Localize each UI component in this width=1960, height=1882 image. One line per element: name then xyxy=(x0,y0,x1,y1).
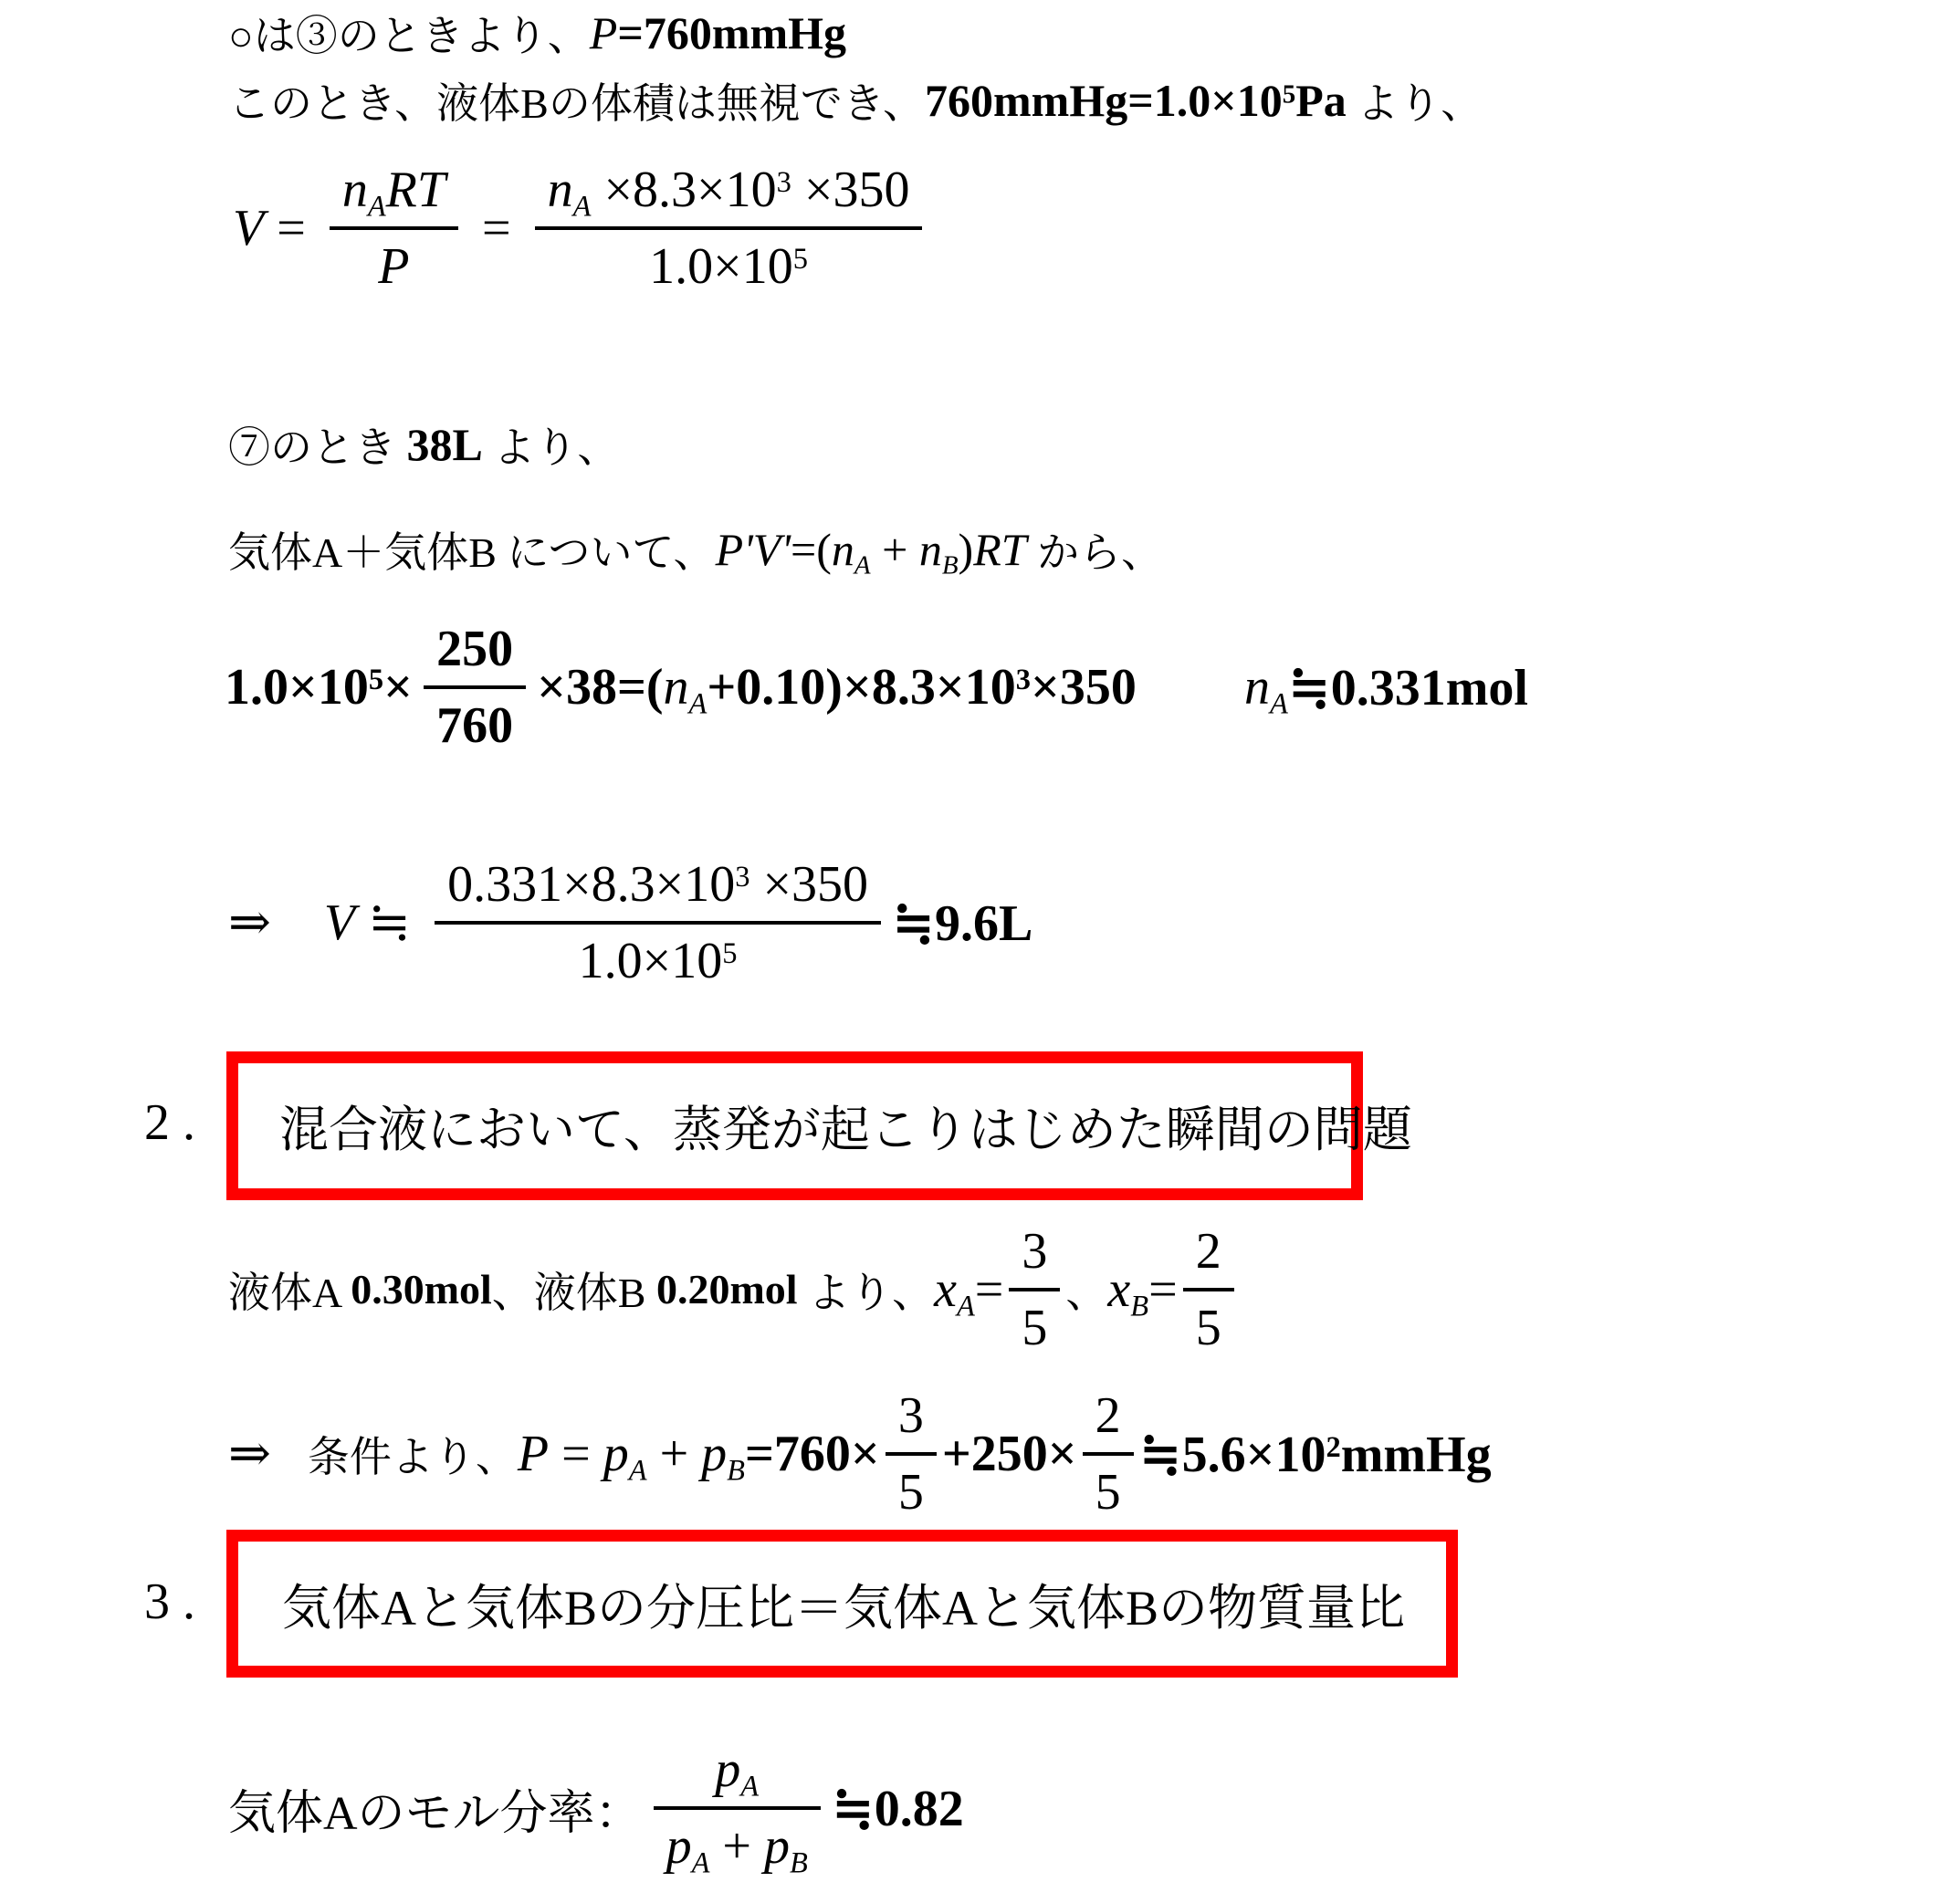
given-pressure-line: ○は③のときより、 P =760mmHg xyxy=(228,4,846,62)
pressure-conversion: 760mmHg=1.0×105Pa xyxy=(925,74,1347,127)
fraction-pa-over-pa-plus-pb: pA pA + pB xyxy=(654,1741,821,1876)
fraction-2-over-5: 2 5 xyxy=(1083,1386,1134,1521)
fraction-3-over-5: 3 5 xyxy=(1009,1222,1060,1357)
liquid-b-moles: 0.20mol xyxy=(656,1265,798,1313)
plus-250: +250× xyxy=(942,1425,1077,1483)
section3-heading-box: 気体Aと気体Bの分圧比＝気体Aと気体Bの物質量比 xyxy=(226,1530,1458,1678)
final-volume-result: ≒9.6L xyxy=(892,893,1032,953)
fraction-numeric-volume: nA ×8.3×103 ×350 1.0×105 xyxy=(535,161,923,296)
fraction-3-over-5: 3 5 xyxy=(886,1386,937,1521)
pressure-sum-expression: P = pA + pB xyxy=(518,1425,745,1483)
equals-sign: = xyxy=(469,199,524,257)
mole-fraction-result: ≒0.82 xyxy=(832,1778,964,1838)
equals-sign: = xyxy=(264,199,319,257)
equation-middle-2: +0.10)×8.3×103×350 xyxy=(707,658,1137,716)
volume-variable: V xyxy=(324,894,355,952)
section3-heading: 気体Aと気体Bの分圧比＝気体Aと気体Bの物質量比 xyxy=(282,1569,1405,1639)
condition-suffix: より、 xyxy=(483,414,620,475)
context-text: このとき、液体Bの体積は無視でき、 xyxy=(228,70,925,131)
approx-sign: ≒ xyxy=(355,893,424,952)
fraction-final-volume: 0.331×8.3×103 ×350 1.0×105 xyxy=(435,855,881,990)
ideal-gas-equation: P'V'=(nA + nB)RT xyxy=(716,523,1027,576)
pressure-variable: P xyxy=(590,6,618,59)
gas-mixture-line: 気体A＋気体B について、 P'V'=(nA + nB)RT から、 xyxy=(228,517,1163,582)
fraction-250-over-760: 250 760 xyxy=(424,620,526,755)
na-result-value: ≒0.331mol xyxy=(1288,657,1528,717)
na-result-variable: nA xyxy=(1244,658,1288,716)
condition-prefix: ⑦のとき xyxy=(228,414,407,475)
implies-arrow: ⇒ xyxy=(228,1424,271,1483)
given-pressure-text: ○は③のときより、 xyxy=(228,3,590,63)
context-suffix: より、 xyxy=(1347,70,1483,131)
equals-760: =760× xyxy=(745,1425,880,1483)
pressure-value: =760mmHg xyxy=(617,6,846,59)
implies-arrow: ⇒ xyxy=(228,893,271,952)
section2-number: 2. xyxy=(144,1093,208,1152)
volume-38L: 38L xyxy=(407,418,483,471)
liquid-a-label: 液体A xyxy=(228,1260,351,1320)
mole-fraction-line: 液体A 0.30mol 、液体B 0.20mol より、 xA= 3 5 、 x… xyxy=(228,1228,1240,1351)
na-variable: nA xyxy=(664,658,707,716)
volume-variable: V xyxy=(233,199,264,257)
section2-heading-box: 混合液において、蒸発が起こりはじめた瞬間の問題 xyxy=(226,1051,1363,1200)
final-volume-equation: ⇒ V ≒ 0.331×8.3×103 ×350 1.0×105 ≒9.6L xyxy=(228,838,1032,1007)
mole-fraction-label: 気体Aのモル分率： xyxy=(228,1774,643,1843)
lead-factor: 1.0×105× xyxy=(225,658,413,716)
liquid-a-moles: 0.30mol xyxy=(351,1265,492,1313)
volume-equation: V = nART P = nA ×8.3×103 ×350 1.0×105 xyxy=(233,148,933,308)
moles-equation: 1.0×105× 250 760 ×38=(nA+0.10)×8.3×103×3… xyxy=(225,607,1528,767)
xb-definition: xB= xyxy=(1107,1260,1177,1319)
gas-mixture-text: 気体A＋気体B について、 xyxy=(228,519,716,580)
section2-heading: 混合液において、蒸発が起こりはじめた瞬間の問題 xyxy=(279,1091,1412,1161)
gas-a-mole-fraction-line: 気体Aのモル分率： pA pA + pB ≒0.82 xyxy=(228,1734,964,1882)
total-pressure-line: ⇒ 条件より、 P = pA + pB =760× 3 5 +250× 2 5 … xyxy=(228,1374,1492,1533)
fraction-nart-over-p: nART P xyxy=(330,161,458,296)
comma: 、 xyxy=(1065,1260,1107,1320)
section3-number: 3. xyxy=(144,1573,208,1631)
gas-mixture-suffix: から、 xyxy=(1027,519,1164,580)
equation-middle: ×38=( xyxy=(537,658,663,716)
fraction-2-over-5: 2 5 xyxy=(1183,1222,1234,1357)
condition-38L-line: ⑦のとき 38L より、 xyxy=(228,415,619,474)
yori-text: より、 xyxy=(798,1260,935,1320)
condition-text: 条件より、 xyxy=(308,1424,518,1484)
context-line: このとき、液体Bの体積は無視でき、 760mmHg=1.0×105Pa より、 xyxy=(228,71,1483,130)
solution-document-page: ○は③のときより、 P =760mmHg このとき、液体Bの体積は無視でき、 7… xyxy=(0,0,1960,1882)
pressure-result: ≒5.6×102mmHg xyxy=(1139,1424,1492,1484)
xa-definition: xA= xyxy=(934,1260,1003,1319)
liquid-b-label: 、液体B xyxy=(492,1260,656,1320)
